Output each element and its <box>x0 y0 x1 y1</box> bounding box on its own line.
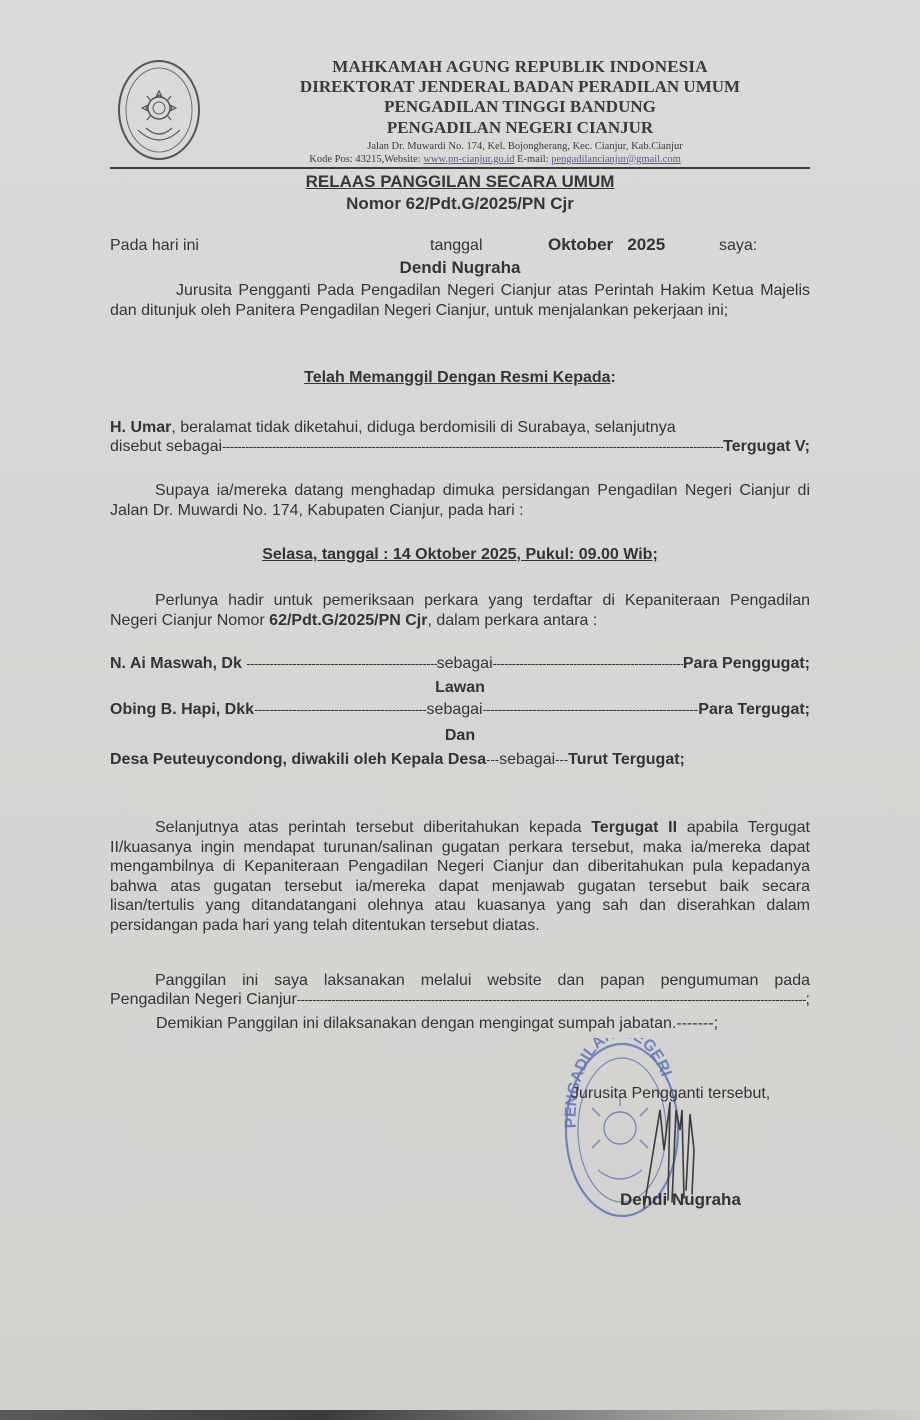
case-number: 62/Pdt.G/2025/PN Cjr <box>269 612 427 629</box>
dash-leader-short: --- <box>555 752 568 767</box>
party-name: Obing B. Hapi, Dkk <box>110 701 254 719</box>
recipient-paragraph: H. Umar, beralamat tidak diketahui, didu… <box>110 418 810 438</box>
publication-line-1: Panggilan ini saya laksanakan melalui we… <box>110 971 810 991</box>
attend-paragraph: Supaya ia/mereka datang menghadap dimuka… <box>110 481 810 520</box>
connector-dan: Dan <box>110 727 810 745</box>
email-label: E-mail: <box>515 154 552 165</box>
party-as: sebagai <box>499 751 555 769</box>
dash-leader <box>483 702 699 717</box>
signature-title: Jurusita Pengganti tersebut, <box>571 1084 770 1104</box>
closing-defendant: Tergugat II <box>591 819 677 836</box>
disebut-sebagai-label: disebut sebagai <box>110 438 222 456</box>
oath-statement: Demikian Panggilan ini dilaksanakan deng… <box>156 1014 718 1034</box>
opening-paragraph: Jurusita Pengganti Pada Pengadilan Neger… <box>110 281 810 320</box>
summons-heading: Telah Memanggil Dengan Resmi Kepada: <box>110 369 810 387</box>
party-as: sebagai <box>437 655 493 673</box>
letterhead-address: Jalan Dr. Muwardi No. 174, Kel. Bojonghe… <box>225 141 825 152</box>
purpose-suffix: , dalam perkara antara : <box>427 612 597 629</box>
document-title-text: RELAAS PANGGILAN SECARA UMUM <box>306 172 615 191</box>
saya-label: saya: <box>719 236 757 256</box>
purpose-paragraph: Perlunya hadir untuk pemeriksaan perkara… <box>110 591 810 630</box>
month-year: Oktober 2025 <box>548 235 665 255</box>
letterhead-line-4: PENGADILAN NEGERI CIANJUR <box>220 118 820 138</box>
party-role: Turut Tergugat; <box>568 751 685 769</box>
pada-hari-label: Pada hari ini <box>110 236 199 256</box>
recipient-name: H. Umar <box>110 419 171 436</box>
closing-text-2: apabila Tergugat II/kuasanya ingin menda… <box>110 819 810 934</box>
letterhead-line-3: PENGADILAN TINGGI BANDUNG <box>220 97 820 117</box>
party-role: Para Tergugat; <box>698 701 810 719</box>
dash-leader <box>254 702 427 717</box>
tanggal-label: tanggal <box>430 236 483 256</box>
summons-heading-text: Telah Memanggil Dengan Resmi Kepada <box>304 369 610 386</box>
document-number: Nomor 62/Pdt.G/2025/PN Cjr <box>110 194 810 214</box>
court-seal-icon <box>116 58 202 162</box>
letterhead-line-1: MAHKAMAH AGUNG REPUBLIK INDONESIA <box>220 57 820 77</box>
hearing-schedule: Selasa, tanggal : 14 Oktober 2025, Pukul… <box>110 546 810 564</box>
officer-name: Dendi Nugraha <box>110 258 810 278</box>
postal-website-label: Kode Pos: 43215,Website: <box>309 154 423 165</box>
dash-leader <box>493 656 683 671</box>
party-as: sebagai <box>427 701 483 719</box>
letterhead-divider <box>110 167 810 169</box>
recipient-address-text: , beralamat tidak diketahui, diduga berd… <box>171 419 675 436</box>
party-name: N. Ai Maswah, Dk <box>110 655 246 673</box>
dash-leader <box>222 439 723 454</box>
dash-leader-short: --- <box>486 752 499 767</box>
email-link[interactable]: pengadilancianjur@gmail.com <box>551 154 681 165</box>
summons-heading-colon: : <box>611 369 616 386</box>
document-title: RELAAS PANGGILAN SECARA UMUM <box>110 172 810 192</box>
recipient-role-line: disebut sebagaiTergugat V; <box>110 438 810 456</box>
signature-name: Dendi Nugraha <box>620 1190 741 1210</box>
website-link[interactable]: www.pn-cianjur.go.id <box>423 154 514 165</box>
closing-paragraph: Selanjutnya atas perintah tersebut diber… <box>110 818 810 935</box>
publication-place: Pengadilan Negeri Cianjur <box>110 991 297 1009</box>
party-name: Desa Peuteuycondong, diwakili oleh Kepal… <box>110 751 486 769</box>
recipient-role: Tergugat V; <box>723 438 810 456</box>
party-row-defendant: Obing B. Hapi, DkksebagaiPara Tergugat; <box>110 701 810 719</box>
party-row-plaintiff: N. Ai Maswah, Dk sebagaiPara Penggugat; <box>110 655 810 673</box>
dash-leader <box>297 992 806 1007</box>
letterhead-line-2: DIREKTORAT JENDERAL BADAN PERADILAN UMUM <box>220 77 820 97</box>
publication-end: ; <box>806 991 810 1009</box>
letterhead-contact: Kode Pos: 43215,Website: www.pn-cianjur.… <box>195 154 795 165</box>
publication-line-2: Pengadilan Negeri Cianjur; <box>110 991 810 1009</box>
closing-text-1: Selanjutnya atas perintah tersebut diber… <box>155 819 591 836</box>
party-role: Para Penggugat; <box>683 655 810 673</box>
connector-lawan: Lawan <box>110 679 810 697</box>
page-edge-shadow <box>0 1410 920 1420</box>
party-row-co-defendant: Desa Peuteuycondong, diwakili oleh Kepal… <box>110 751 810 769</box>
dash-leader <box>246 656 436 671</box>
